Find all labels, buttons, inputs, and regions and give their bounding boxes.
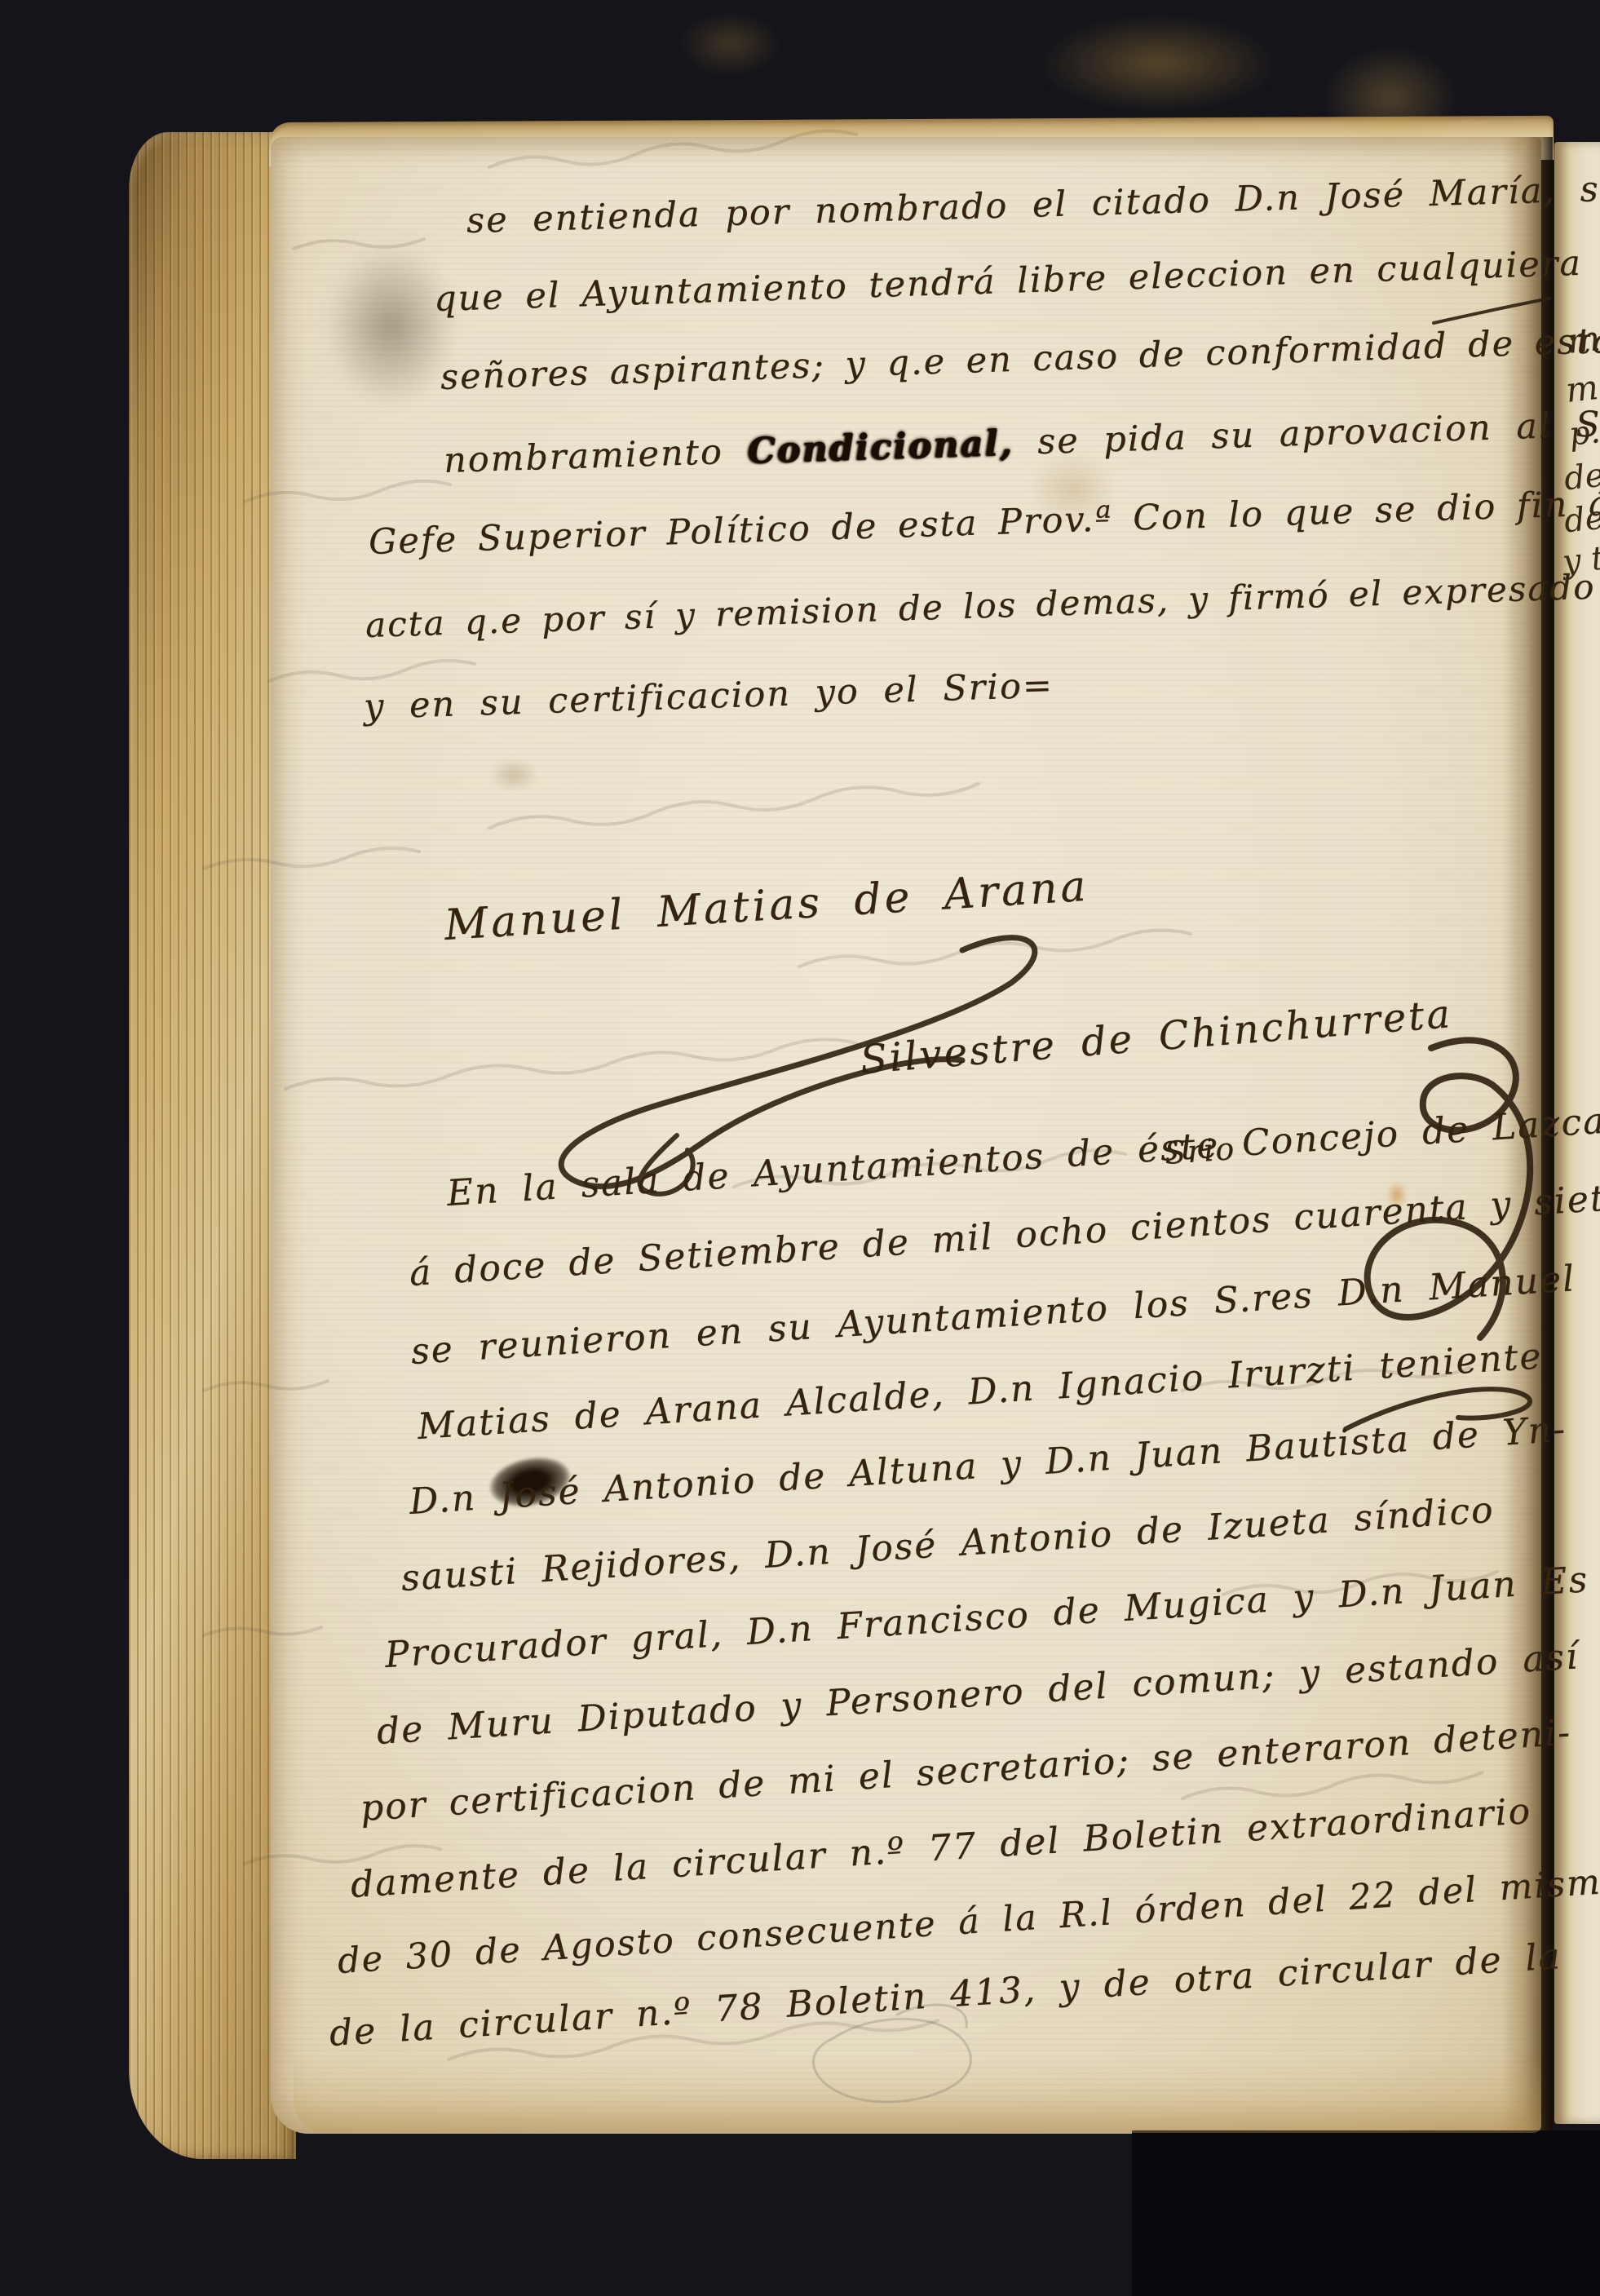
facing-page-text-fragment: de bbox=[1562, 499, 1600, 541]
facing-page-text-fragment: p. bbox=[1567, 413, 1600, 453]
facing-page-text-fragment: m bbox=[1564, 367, 1600, 410]
background-shadow-corner bbox=[1132, 2130, 1600, 2296]
blotted-word: Condicional, bbox=[747, 422, 1014, 471]
facing-page-text-fragment: m bbox=[1566, 318, 1600, 361]
facing-page-text-fragment: y t bbox=[1561, 539, 1600, 581]
stain bbox=[677, 11, 783, 77]
bottom-yellowing-band bbox=[294, 2055, 1541, 2133]
photograph-of-manuscript-book: { "page": { "colors": { "background": "#… bbox=[0, 0, 1600, 2296]
facing-page-text-fragment: de bbox=[1562, 457, 1600, 498]
stain bbox=[1036, 15, 1280, 113]
